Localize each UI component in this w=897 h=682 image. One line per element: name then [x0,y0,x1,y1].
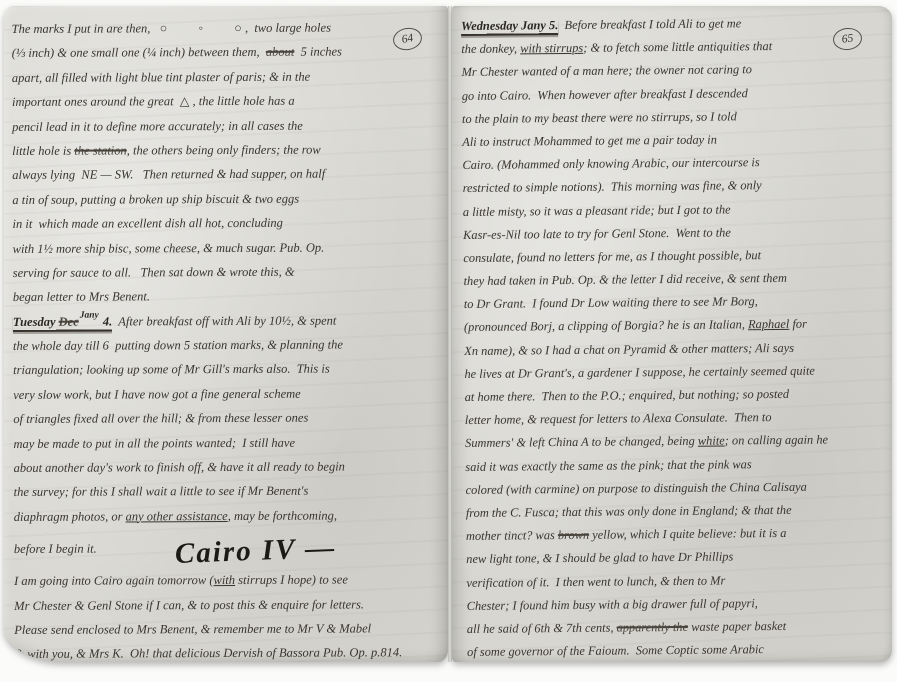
manuscript-line: a tin of soup, putting a broken up ship … [12,186,443,212]
manuscript-line: about another day's work to finish off, … [14,454,445,480]
manuscript-line: always lying NE — SW. Then returned & ha… [12,161,443,187]
manuscript-line: the whole day till 6 putting down 5 stat… [13,332,444,358]
left-page-text: The marks I put in are then, ○ ◦ ○ , two… [12,15,446,662]
manuscript-line: very slow work, but I have now got a fin… [13,381,444,407]
manuscript-line: (⅓ inch) & one small one (¼ inch) betwee… [12,39,443,65]
manuscript-line: may be made to put in all the points wan… [13,430,444,456]
manuscript-line: of triangles fixed all over the hill; & … [13,405,444,431]
line-text: the donkey, [461,42,520,57]
line-text: all he said of 6th & 7th cents, [467,620,617,635]
manuscript-line: the survey; for this I shall wait a litt… [14,478,445,504]
cairo-section-heading: Cairo IV — [174,531,337,571]
cairo-heading-row: before I begin it.Cairo IV — [14,527,445,569]
manuscript-line: little hole is the station, the others b… [12,137,443,163]
manuscript-line: of some governor of the Faioum. Some Cop… [467,637,892,662]
underlined-text: Raphael [748,317,789,331]
line-text: , the others being only finders; the row [127,143,321,158]
inserted-text: Jany [80,303,99,327]
manuscript-line: in it which made an excellent dish all h… [12,210,443,236]
line-text: diaphragm photos, or [14,509,126,523]
line-text: mother tinct? was [466,528,558,543]
right-page-text: Wednesday Jany 5. Before breakfast I tol… [461,11,892,662]
manuscript-line: diaphragm photos, or any other assistanc… [14,503,445,529]
underlined-text: white [698,434,725,448]
manuscript-line: serving for sauce to all. Then sat down … [13,259,444,285]
manuscript-line: pencil lead in it to define more accurat… [12,113,443,139]
manuscript-line: Mr Chester & Genl Stone if I can, & to p… [14,592,445,618]
manuscript-line: apart, all filled with light blue tint p… [12,64,443,90]
line-text: (⅓ inch) & one small one (¼ inch) betwee… [12,45,266,60]
entry-date-heading: Tuesday DecJany 4. [13,314,112,329]
manuscript-line: I am going into Cairo again tomorrow (wi… [14,567,445,593]
line-text: Summers' & left China A to be changed, b… [465,434,698,450]
line-text: for [789,317,807,331]
manuscript-line: The marks I put in are then, ○ ◦ ○ , two… [12,15,443,41]
line-text: 5 inches [294,45,342,59]
line-text: little hole is [12,144,74,158]
underlined-text: with stirrups [520,41,583,56]
manuscript-page-right: 65 Wednesday Jany 5. Before breakfast I … [452,6,892,662]
manuscript-line: began letter to Mrs Benent. [13,283,444,309]
underlined-text: any other assistance [126,509,228,523]
underlined-text: with [213,573,235,587]
line-text: stirrups I hope) to see [235,573,348,587]
line-text: ; on calling again he [725,433,828,448]
manuscript-line: & with you, & Mrs K. Oh! that delicious … [14,640,445,662]
manuscript-line: Summers' & left China A to be changed, b… [465,428,892,455]
manuscript-line: important ones around the great △ , the … [12,88,443,114]
manuscript-line: Please send enclosed to Mrs Benent, & re… [14,616,445,642]
entry-heading-line-tuesday: Tuesday DecJany 4. After breakfast off w… [13,308,444,334]
manuscript-scan: 64 The marks I put in are then, ○ ◦ ○ , … [0,0,897,682]
struck-text: brown [558,528,589,542]
struck-text: about [266,45,295,59]
line-text: (pronounced Borj, a clipping of Borgia? … [464,318,748,335]
line-text: yellow, which I quite believe: but it is… [589,526,786,542]
line-text: Tuesday [13,314,59,328]
line-text: Before breakfast I told Ali to get me [558,16,741,32]
struck-text: apparently the [617,620,689,635]
line-text: before I begin it. [14,529,97,569]
line-text: 4. [100,314,113,328]
manuscript-page-left: 64 The marks I put in are then, ○ ◦ ○ , … [4,6,448,662]
manuscript-line: triangulation; looking up some of Mr Gil… [13,357,444,383]
struck-text: Dec [59,314,79,328]
entry-date-heading: Wednesday Jany 5. [461,18,558,34]
struck-text: the station [74,143,126,157]
line-text: waste paper basket [688,619,786,634]
line-text: ; & to fetch some little antiquities tha… [583,39,772,55]
manuscript-line: with 1½ more ship bisc, some cheese, & m… [13,235,444,261]
line-text: I am going into Cairo again tomorrow ( [14,573,213,588]
line-text: After breakfast off with Ali by 10½, & s… [112,313,336,328]
line-text: , may be forthcoming, [228,508,337,522]
